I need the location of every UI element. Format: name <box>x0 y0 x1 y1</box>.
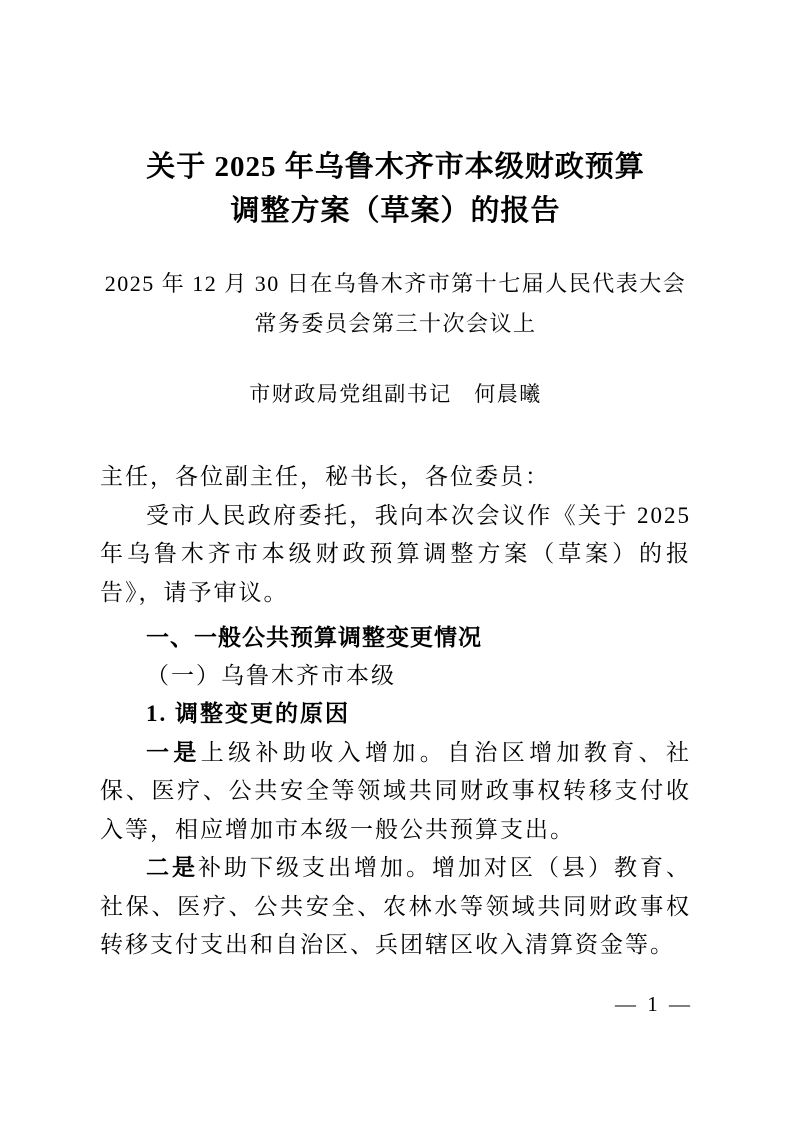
meeting-info: 2025 年 12 月 30 日在乌鲁木齐市第十七届人民代表大会 常务委员会第三… <box>100 264 691 344</box>
meeting-line-2: 常务委员会第三十次会议上 <box>100 304 691 344</box>
reason-2-paragraph: 二是补助下级支出增加。增加对区（县）教育、社保、医疗、公共安全、农林水等领域共同… <box>100 849 691 965</box>
reason-1-lead: 一是 <box>146 740 201 765</box>
speaker-line: 市财政局党组副书记 何晨曦 <box>100 380 691 408</box>
document-page: 关于 2025 年乌鲁木齐市本级财政预算 调整方案（草案）的报告 2025 年 … <box>0 0 793 1122</box>
intro-paragraph: 受市人民政府委托，我向本次会议作《关于 2025 年乌鲁木齐市本级财政预算调整方… <box>100 497 691 613</box>
reason-1-paragraph: 一是上级补助收入增加。自治区增加教育、社保、医疗、公共安全等领域共同财政事权转移… <box>100 734 691 850</box>
document-body: 主任，各位副主任，秘书长，各位委员： 受市人民政府委托，我向本次会议作《关于 2… <box>100 458 691 965</box>
title-line-2: 调整方案（草案）的报告 <box>100 189 691 233</box>
title-line-1: 关于 2025 年乌鲁木齐市本级财政预算 <box>100 145 691 189</box>
document-title: 关于 2025 年乌鲁木齐市本级财政预算 调整方案（草案）的报告 <box>100 145 691 233</box>
section-1-heading: 一、一般公共预算调整变更情况 <box>100 618 691 657</box>
page-number: — 1 — <box>615 992 693 1017</box>
meeting-line-1: 2025 年 12 月 30 日在乌鲁木齐市第十七届人民代表大会 <box>100 264 691 304</box>
point-1-heading: 1. 调整变更的原因 <box>100 695 691 734</box>
greeting-paragraph: 主任，各位副主任，秘书长，各位委员： <box>100 458 691 497</box>
section-1-subsection-1-heading: （一）乌鲁木齐市本级 <box>100 657 691 696</box>
reason-2-lead: 二是 <box>146 855 198 880</box>
